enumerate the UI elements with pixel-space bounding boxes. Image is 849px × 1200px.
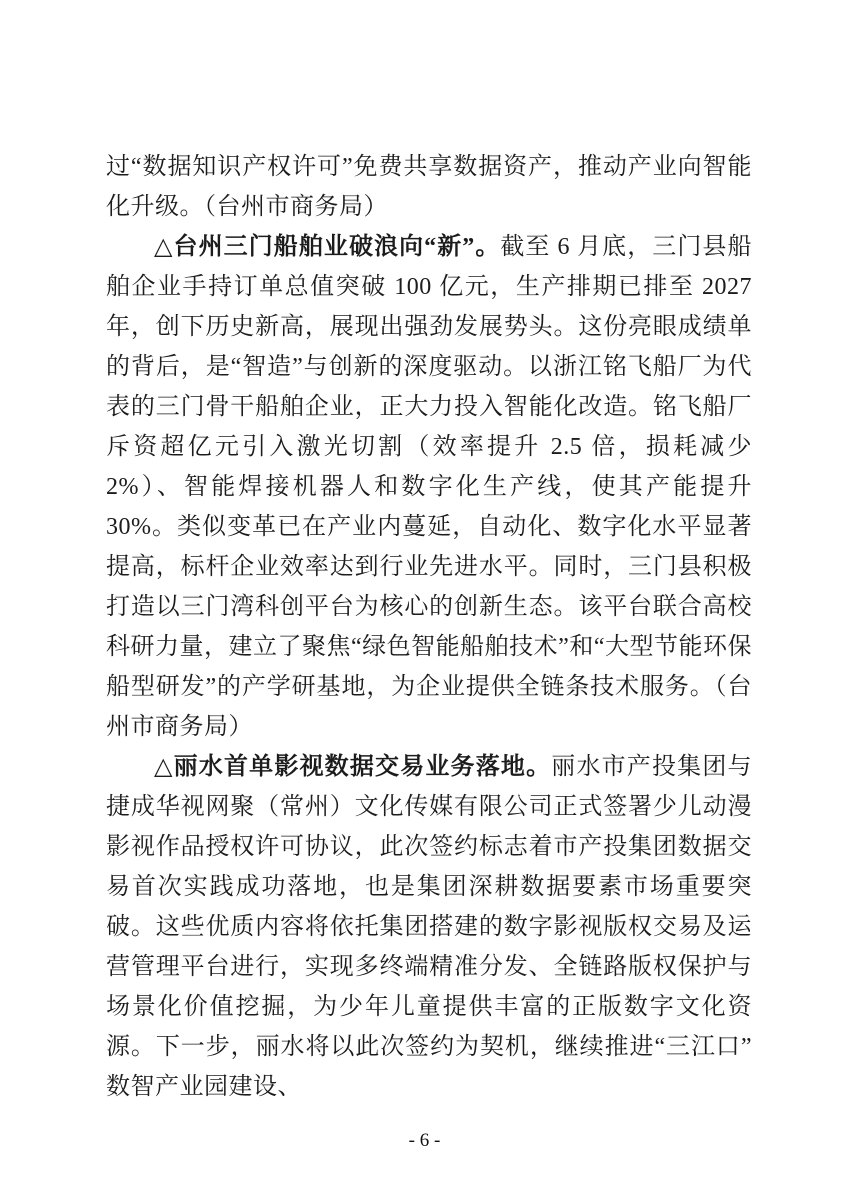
document-body: 过“数据知识产权许可”免费共享数据资产，推动产业向智能化升级。（台州市商务局）△…	[106, 147, 752, 1107]
paragraph: △台州三门船舶业破浪向“新”。截至 6 月底，三门县船舶企业手持订单总值突破 1…	[106, 227, 752, 747]
paragraph-heading: △台州三门船舶业破浪向“新”。	[154, 234, 500, 260]
document-page: 过“数据知识产权许可”免费共享数据资产，推动产业向智能化升级。（台州市商务局）△…	[0, 0, 849, 1200]
paragraph-heading: △丽水首单影视数据交易业务落地。	[154, 754, 551, 780]
paragraph: △丽水首单影视数据交易业务落地。丽水市产投集团与捷成华视网聚（常州）文化传媒有限…	[106, 747, 752, 1107]
paragraph: 过“数据知识产权许可”免费共享数据资产，推动产业向智能化升级。（台州市商务局）	[106, 147, 752, 227]
page-number: - 6 -	[0, 1128, 849, 1154]
